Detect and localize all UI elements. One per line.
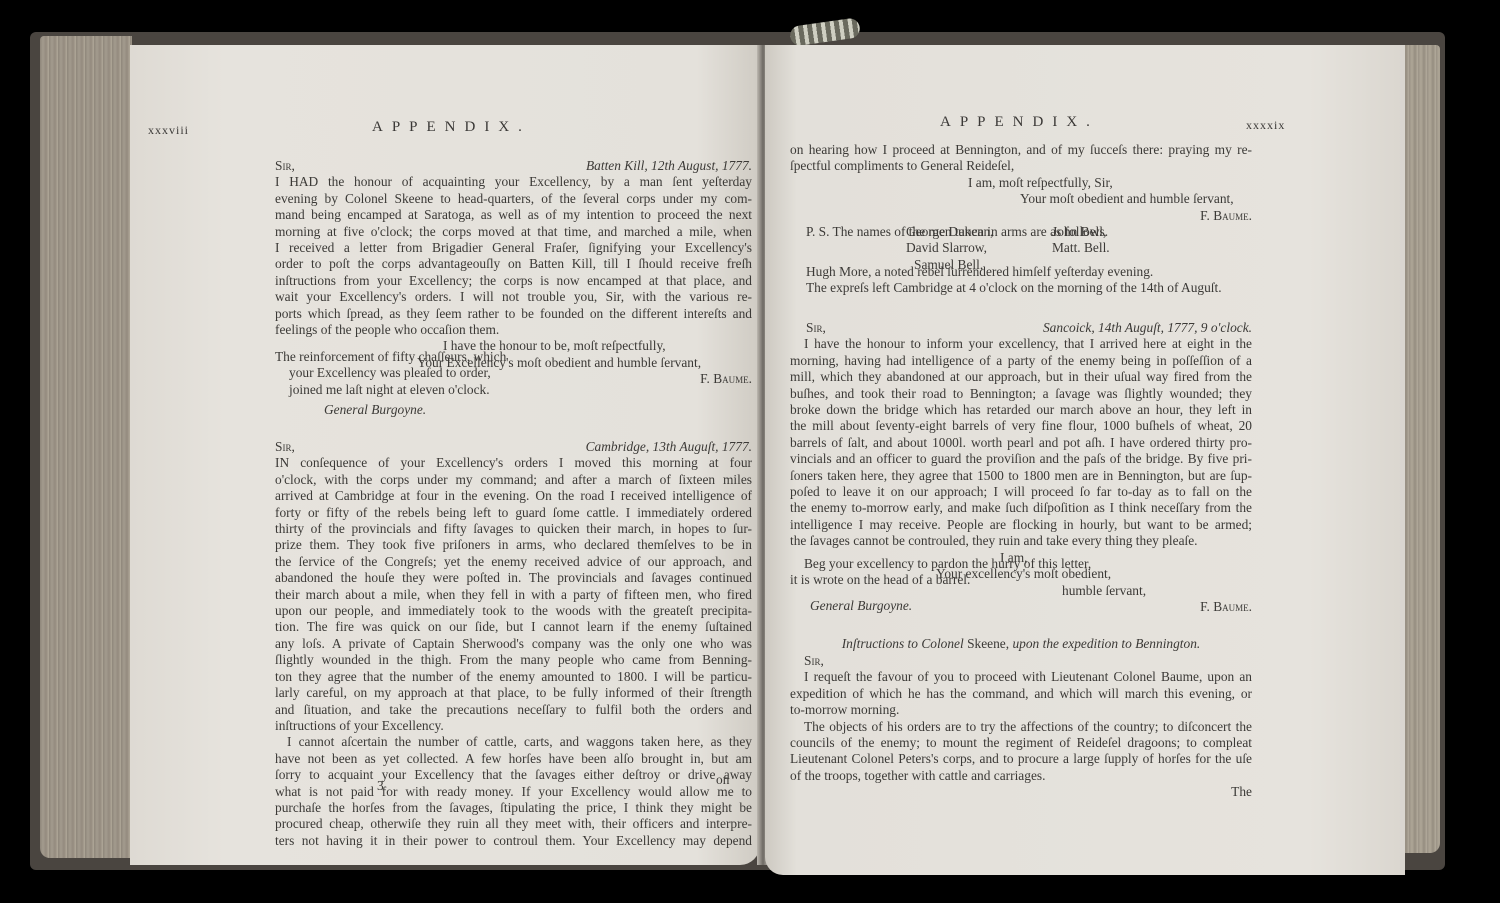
- text-line: ports which ſpread, as they ſeem rather …: [275, 306, 752, 322]
- text-line: ton they agree that the number of the en…: [275, 669, 752, 685]
- text-line: ſorry to acquaint your Excellency that t…: [275, 767, 752, 783]
- text-line: ſlightly wounded in the thigh. From the …: [275, 652, 752, 668]
- text-line: The objects of his orders are to try the…: [790, 719, 1252, 735]
- text-line: forty or fifty of the rebels being left …: [275, 505, 752, 521]
- salutation: Sir,: [790, 653, 1252, 669]
- catchword: on: [716, 772, 729, 788]
- left-letter2: Sir,Cambridge, 13th Auguſt, 1777. IN con…: [275, 439, 752, 849]
- name: John Bell,: [1052, 224, 1106, 239]
- text-line: prize them. They took five priſoners in …: [275, 537, 752, 553]
- text-line: ſpectful compliments to General Reideſel…: [790, 158, 1252, 174]
- text-line: poſed to leave it on our approach; I wil…: [790, 484, 1252, 500]
- right-postscript: Beg your excellency to pardon the hurry …: [790, 556, 1140, 589]
- text-line: purchaſe the horſes from the ſavages, ſt…: [275, 800, 752, 816]
- text-line: morning at five o'clock; the corps moved…: [275, 224, 752, 240]
- text-line: intelligence I may receive. People are f…: [790, 517, 1252, 533]
- text-line: upon our people, and immediately took to…: [275, 603, 752, 619]
- text-line: joined me laſt night at eleven o'clock.: [275, 382, 515, 398]
- text-line: I cannot aſcertain the number of cattle,…: [275, 734, 752, 750]
- text-line: the ſervice of the Congreſs; yet the ene…: [275, 554, 752, 570]
- text-line: what is not paid for with ready money. I…: [275, 784, 752, 800]
- salutation: Sir,: [275, 158, 295, 173]
- text-line: arrived at Cambridge at four in the even…: [275, 488, 752, 504]
- text-line: it is wrote on the head of a barrel.: [790, 572, 1140, 588]
- text-line: the ſavages cannot be controuled, they r…: [790, 533, 1252, 549]
- closing: I am, moſt reſpectfully, Sir,: [790, 175, 1252, 191]
- right-running-head: APPENDIX.: [940, 114, 1099, 131]
- text-line: the enemy to-morrow early, and make ſuch…: [790, 500, 1252, 516]
- text-line: feelings of the people who occaſion them…: [275, 322, 752, 338]
- dateline: Batten Kill, 12th August, 1777.: [586, 158, 752, 174]
- addressee: General Burgoyne.: [810, 598, 912, 614]
- text-line: mand being encamped at Saratoga, as well…: [275, 207, 752, 223]
- signature: F. Baume.: [790, 208, 1252, 224]
- text-line: vincials and an officer to guard the pro…: [790, 451, 1252, 467]
- text-line: I requeſt the favour of you to proceed w…: [790, 669, 1252, 685]
- text-line: evening by Colonel Skeene to head-quarte…: [275, 191, 752, 207]
- catchword: The: [790, 784, 1252, 800]
- ps-lines: Hugh More, a noted rebel ſurrendered him…: [806, 264, 1256, 297]
- instructions-body: Sir, I requeſt the favour of you to proc…: [790, 653, 1252, 801]
- text-line: their march about a mile, when they fell…: [275, 587, 752, 603]
- text-line: Lieutenant Colonel Peters's corps, and t…: [790, 751, 1252, 767]
- closing: Your moſt obedient and humble ſervant,: [790, 191, 1252, 207]
- text-line: broke down the bridge which has retarded…: [790, 402, 1252, 418]
- text-line: wait your Excellency's orders. I will no…: [275, 289, 752, 305]
- text-line: your Excellency was pleaſed to order,: [275, 365, 515, 381]
- text-line: The reinforcement of fifty chaſſeurs, wh…: [275, 349, 515, 365]
- right-folio: xxxxix: [1246, 118, 1285, 133]
- instructions-heading: Inſtructions to Colonel Skeene, upon the…: [790, 636, 1252, 652]
- text-line: any loſs. A private of Captain Sherwood'…: [275, 636, 752, 652]
- text-line: mill, which they abandoned at our approa…: [790, 369, 1252, 385]
- name: George Duncan,: [906, 224, 1052, 240]
- left-postscript: The reinforcement of fifty chaſſeurs, wh…: [275, 349, 515, 398]
- text-line: barrels of ſalt, and about 1000l. worth …: [790, 435, 1252, 451]
- text-line: Hugh More, a noted rebel ſurrendered him…: [806, 264, 1256, 280]
- addressee: General Burgoyne.: [324, 402, 426, 418]
- text-line: to-morrow morning.: [790, 702, 1252, 718]
- salutation: Sir,: [275, 439, 295, 454]
- text-line: inſtructions from your Excellency; the c…: [275, 273, 752, 289]
- page-edges-right: [1400, 45, 1440, 853]
- left-folio: xxxviii: [148, 123, 189, 138]
- text-line: on hearing how I proceed at Bennington, …: [790, 142, 1252, 158]
- text-line: the mill about ſeventy-eight barrels of …: [790, 418, 1252, 434]
- name: Matt. Bell.: [1052, 240, 1110, 255]
- text-line: tion. The fire was quick on our ſide, bu…: [275, 619, 752, 635]
- text-line: ters not having it in their power to con…: [275, 833, 752, 849]
- text-line: IN conſequence of your Excellency's orde…: [275, 455, 752, 471]
- text-line: order to poſt the corps advantageouſly o…: [275, 256, 752, 272]
- text-line: and ſituation, and take the precautions …: [275, 702, 752, 718]
- text-line: procured cheap, otherwiſe they ruin all …: [275, 816, 752, 832]
- text-line: have not been as yet collected. A few ho…: [275, 751, 752, 767]
- text-line: The expreſs left Cambridge at 4 o'clock …: [806, 280, 1256, 296]
- name: David Slarrow,: [906, 240, 1052, 256]
- text-line: inſtructions of your Excellency.: [275, 718, 752, 734]
- text-line: I have the honour to inform your excelle…: [790, 336, 1252, 352]
- text-line: ſoners taken here, they agree that 1500 …: [790, 468, 1252, 484]
- salutation: Sir,: [790, 320, 826, 335]
- text-line: thirty of the provincials and fifty ſava…: [275, 521, 752, 537]
- text-line: larly careful, on my approach at that pl…: [275, 685, 752, 701]
- text-line: I HAD the honour of acquainting your Exc…: [275, 174, 752, 190]
- text-line: morning, having had intelligence of a pa…: [790, 353, 1252, 369]
- text-line: expedition of which he has the command, …: [790, 686, 1252, 702]
- text-line: of the troops, together with cattle and …: [790, 768, 1252, 784]
- left-running-head: APPENDIX.: [372, 119, 531, 136]
- text-line: buſhes, and took their road to Benningto…: [790, 386, 1252, 402]
- dateline: Sancoick, 14th Auguſt, 1777, 9 o'clock.: [1043, 320, 1252, 336]
- text-line: councils of the enemy; to mount the regi…: [790, 735, 1252, 751]
- text-line: I received a letter from Brigadier Gener…: [275, 240, 752, 256]
- text-line: abandoned the houſe they were poſted in.…: [275, 570, 752, 586]
- text-line: Beg your excellency to pardon the hurry …: [790, 556, 1140, 572]
- text-line: o'clock, with the corps under my command…: [275, 472, 752, 488]
- signature-mark: 3: [377, 778, 384, 794]
- dateline: Cambridge, 13th Auguſt, 1777.: [586, 439, 752, 455]
- page-edges-left: [40, 36, 132, 858]
